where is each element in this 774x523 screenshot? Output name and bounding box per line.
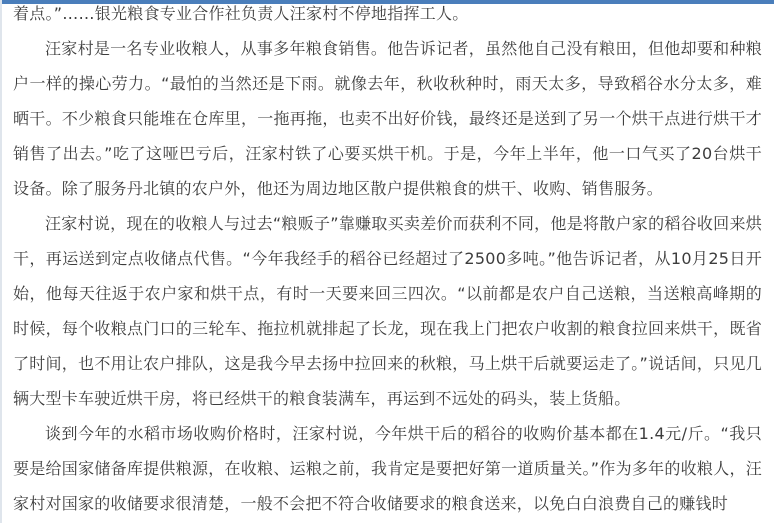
- paragraph-continuation: 着点。”……银光粮食专业合作社负责人汪家村不停地指挥工人。: [13, 0, 762, 31]
- paragraph: 汪家村说，现在的收粮人与过去“粮贩子”靠赚取买卖差价而获利不同，他是将散户家的稻…: [13, 206, 762, 416]
- paragraph: 汪家村是一名专业收粮人，从事多年粮食销售。他告诉记者，虽然他自己没有粮田，但他却…: [13, 31, 762, 206]
- document-page: 着点。”……银光粮食专业合作社负责人汪家村不停地指挥工人。 汪家村是一名专业收粮…: [0, 0, 774, 523]
- paragraph: 谈到今年的水稻市场收购价格时，汪家村说，今年烘干后的稻谷的收购价基本都在1.4元…: [13, 416, 762, 521]
- document-body: 着点。”……银光粮食专业合作社负责人汪家村不停地指挥工人。 汪家村是一名专业收粮…: [2, 0, 774, 521]
